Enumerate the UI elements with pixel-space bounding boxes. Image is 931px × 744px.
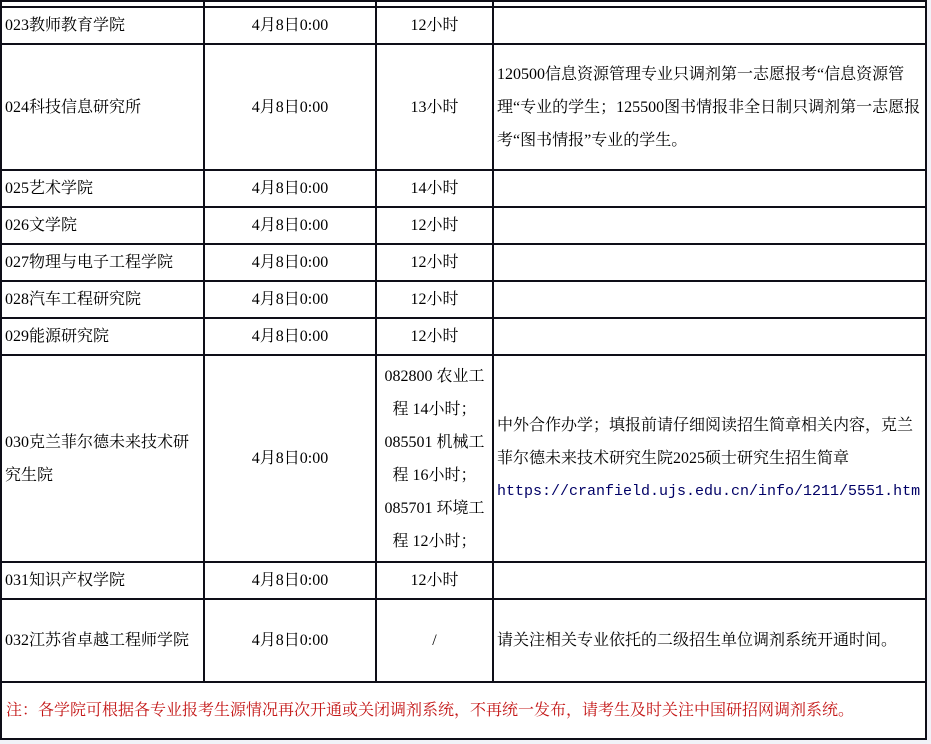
duration-line: 082800 农业工程 14小时； [379, 360, 490, 426]
table-row: 032江苏省卓越工程师学院 4月8日0:00 / 请关注相关专业依托的二级招生单… [1, 599, 926, 682]
duration-cell: / [376, 599, 493, 682]
note-cell: 中外合作办学；填报前请仔细阅读招生简章相关内容，克兰菲尔德未来技术研究生院202… [493, 355, 926, 562]
open-time-cell: 4月8日0:00 [204, 318, 376, 355]
open-time-cell: 4月8日0:00 [204, 599, 376, 682]
college-cell: 028汽车工程研究院 [1, 281, 204, 318]
note-cell [493, 318, 926, 355]
note-text: 请关注相关专业依托的二级招生单位调剂系统开通时间。 [497, 624, 921, 657]
duration-line: 085701 环境工程 12小时； [379, 492, 490, 558]
duration-cell: 12小时 [376, 318, 493, 355]
table-body: 023教师教育学院 4月8日0:00 12小时 024科技信息研究所 4月8日0… [1, 1, 926, 739]
duration-line: / [379, 624, 490, 657]
duration-line: 12小时 [379, 283, 490, 316]
table-row: 028汽车工程研究院 4月8日0:00 12小时 [1, 281, 926, 318]
table-row: 029能源研究院 4月8日0:00 12小时 [1, 318, 926, 355]
duration-line: 12小时 [379, 246, 490, 279]
college-cell: 023教师教育学院 [1, 7, 204, 44]
duration-cell: 14小时 [376, 170, 493, 207]
adjustment-schedule-table: 023教师教育学院 4月8日0:00 12小时 024科技信息研究所 4月8日0… [0, 0, 927, 740]
open-time-cell: 4月8日0:00 [204, 44, 376, 170]
note-text: 120500信息资源管理专业只调剂第一志愿报考“信息资源管理“专业的学生；125… [497, 58, 921, 157]
footer-note: 注：各学院可根据各专业报考生源情况再次开通或关闭调剂系统，不再统一发布，请考生及… [1, 682, 926, 739]
duration-cell: 13小时 [376, 44, 493, 170]
note-cell [493, 170, 926, 207]
note-cell [493, 281, 926, 318]
college-cell: 031知识产权学院 [1, 562, 204, 599]
admissions-brochure-link[interactable]: https://cranfield.ujs.edu.cn/info/1211/5… [497, 475, 921, 508]
college-cell: 029能源研究院 [1, 318, 204, 355]
duration-cell: 12小时 [376, 281, 493, 318]
note-cell [493, 244, 926, 281]
table-row: 025艺术学院 4月8日0:00 14小时 [1, 170, 926, 207]
note-cell [493, 207, 926, 244]
table-row: 024科技信息研究所 4月8日0:00 13小时 120500信息资源管理专业只… [1, 44, 926, 170]
duration-cell: 082800 农业工程 14小时；085501 机械工程 16小时；085701… [376, 355, 493, 562]
open-time-cell: 4月8日0:00 [204, 562, 376, 599]
college-cell: 025艺术学院 [1, 170, 204, 207]
duration-line: 12小时 [379, 9, 490, 42]
table-row: 031知识产权学院 4月8日0:00 12小时 [1, 562, 926, 599]
duration-cell: 12小时 [376, 244, 493, 281]
open-time-cell: 4月8日0:00 [204, 207, 376, 244]
college-cell: 027物理与电子工程学院 [1, 244, 204, 281]
note-text: 中外合作办学；填报前请仔细阅读招生简章相关内容，克兰菲尔德未来技术研究生院202… [497, 409, 921, 475]
duration-line: 085501 机械工程 16小时； [379, 426, 490, 492]
college-cell: 030克兰菲尔德未来技术研究生院 [1, 355, 204, 562]
duration-cell: 12小时 [376, 207, 493, 244]
duration-line: 14小时 [379, 172, 490, 205]
college-cell: 024科技信息研究所 [1, 44, 204, 170]
college-cell: 026文学院 [1, 207, 204, 244]
table-row: 027物理与电子工程学院 4月8日0:00 12小时 [1, 244, 926, 281]
duration-line: 13小时 [379, 91, 490, 124]
note-cell: 120500信息资源管理专业只调剂第一志愿报考“信息资源管理“专业的学生；125… [493, 44, 926, 170]
note-cell: 请关注相关专业依托的二级招生单位调剂系统开通时间。 [493, 599, 926, 682]
table-row: 026文学院 4月8日0:00 12小时 [1, 207, 926, 244]
table-row: 030克兰菲尔德未来技术研究生院 4月8日0:00 082800 农业工程 14… [1, 355, 926, 562]
footer-note-row: 注：各学院可根据各专业报考生源情况再次开通或关闭调剂系统，不再统一发布，请考生及… [1, 682, 926, 739]
duration-line: 12小时 [379, 564, 490, 597]
note-cell [493, 7, 926, 44]
open-time-cell: 4月8日0:00 [204, 355, 376, 562]
college-cell: 032江苏省卓越工程师学院 [1, 599, 204, 682]
duration-cell: 12小时 [376, 562, 493, 599]
duration-line: 12小时 [379, 209, 490, 242]
open-time-cell: 4月8日0:00 [204, 244, 376, 281]
open-time-cell: 4月8日0:00 [204, 170, 376, 207]
duration-line: 12小时 [379, 320, 490, 353]
note-cell [493, 562, 926, 599]
open-time-cell: 4月8日0:00 [204, 7, 376, 44]
open-time-cell: 4月8日0:00 [204, 281, 376, 318]
duration-cell: 12小时 [376, 7, 493, 44]
table-row: 023教师教育学院 4月8日0:00 12小时 [1, 7, 926, 44]
